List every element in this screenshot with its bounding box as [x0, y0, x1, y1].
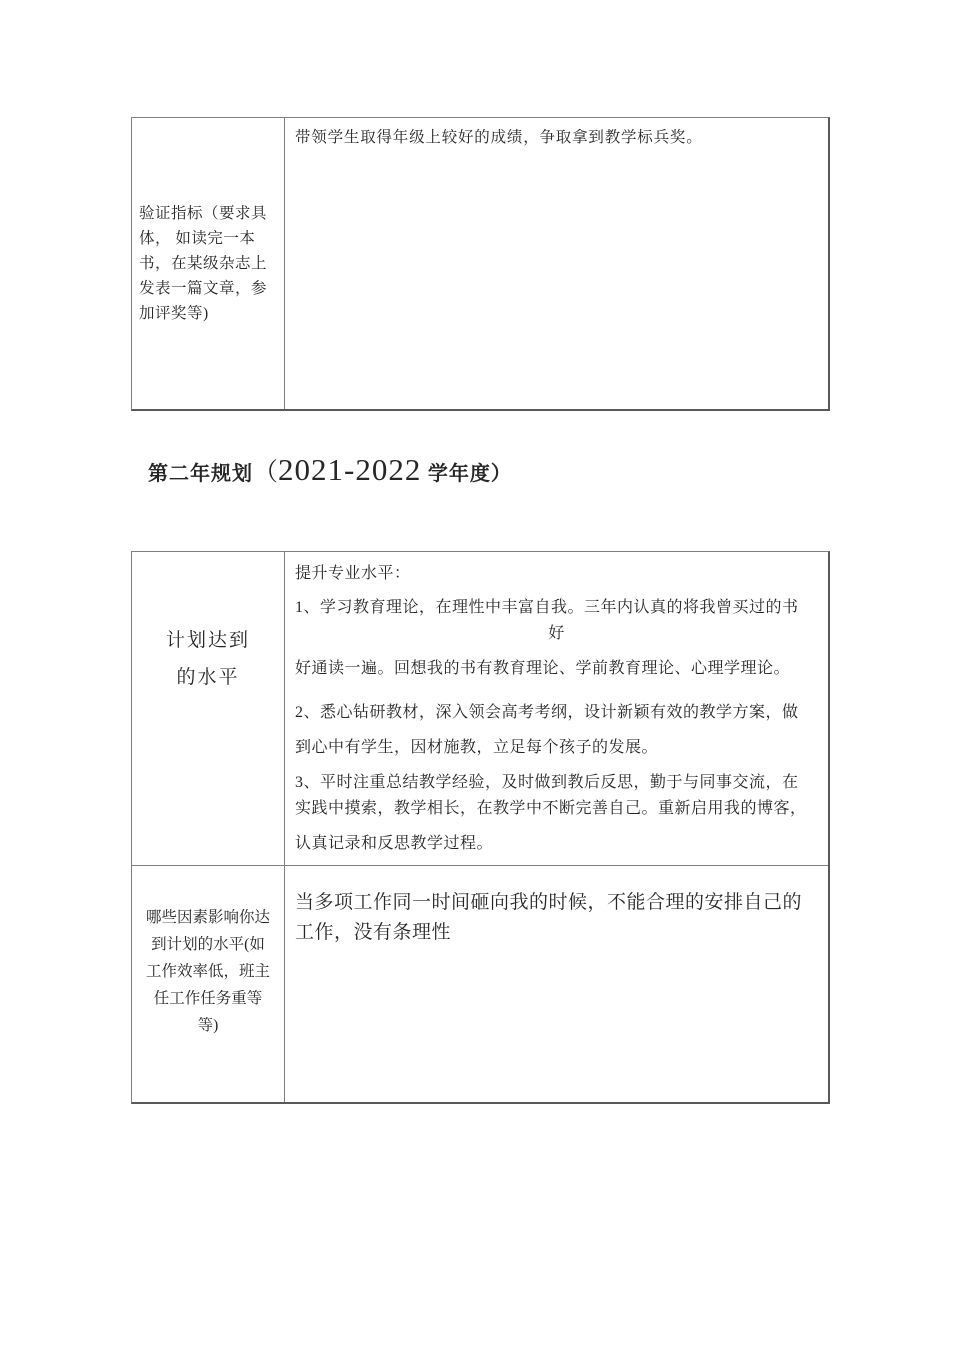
influencing-factors-content-cell: 当多项工作同一时间砸向我的时候，不能合理的安排自己的工作，没有条理性: [285, 866, 828, 1102]
influencing-factors-content-text: 当多项工作同一时间砸向我的时候，不能合理的安排自己的工作，没有条理性: [295, 892, 802, 943]
heading-suffix: 学年度）: [421, 457, 512, 486]
text-line: 到心中有学生，因材施教，立足每个孩子的发展。: [295, 735, 818, 761]
text-line: 计划达到: [132, 622, 284, 659]
heading-prefix: 第二年规划: [148, 457, 253, 486]
text-line: 2、悉心钻研教材，深入领会高考考纲，设计新颖有效的教学方案，做: [295, 700, 818, 726]
text-line: 认真记录和反思教学过程。: [295, 831, 818, 857]
verification-indicators-content-cell: 带领学生取得年级上较好的成绩，争取拿到教学标兵奖。: [285, 118, 828, 409]
verification-indicators-table: 验证指标（要求具体， 如读完一本书，在某级杂志上发表一篇文章，参加评奖等) 带领…: [131, 117, 830, 411]
verification-indicators-content-text: 带领学生取得年级上较好的成绩，争取拿到教学标兵奖。: [295, 129, 703, 146]
text-line: 书，在某级杂志上: [139, 251, 280, 276]
planned-level-content-cell: 提升专业水平：1、学习教育理论，在理性中丰富自我。三年内认真的将我曾买过的书好好…: [285, 552, 828, 865]
influencing-factors-label-cell: 哪些因素影响你达到计划的水平(如工作效率低，班主任工作任务重等等): [132, 866, 285, 1102]
text-line: 验证指标（要求具: [139, 201, 280, 226]
section-heading-year2-plan: 第二年规划 （ 2021-2022 学年度）: [148, 452, 512, 498]
text-line: 3、平时注重总结教学经验，及时做到教后反思，勤于与同事交流，在: [295, 770, 818, 796]
text-line: 加评奖等): [139, 301, 280, 326]
influencing-factors-row: 哪些因素影响你达到计划的水平(如工作效率低，班主任工作任务重等等) 当多项工作同…: [132, 865, 828, 1102]
text-line: 任工作任务重等: [136, 985, 280, 1012]
heading-paren-open: （: [253, 452, 278, 488]
text-line: 的水平: [132, 659, 284, 696]
heading-years: 2021-2022: [278, 452, 421, 488]
text-line: 等): [136, 1012, 280, 1039]
table-row: 验证指标（要求具体， 如读完一本书，在某级杂志上发表一篇文章，参加评奖等) 带领…: [132, 118, 828, 409]
text-line: 发表一篇文章，参: [139, 276, 280, 301]
planned-level-row: 计划达到的水平 提升专业水平：1、学习教育理论，在理性中丰富自我。三年内认真的将…: [132, 552, 828, 865]
text-line: 哪些因素影响你达: [136, 904, 280, 931]
verification-indicators-label-cell: 验证指标（要求具体， 如读完一本书，在某级杂志上发表一篇文章，参加评奖等): [132, 118, 285, 409]
text-line: 1、学习教育理论，在理性中丰富自我。三年内认真的将我曾买过的书: [295, 595, 818, 621]
planned-level-label-cell: 计划达到的水平: [132, 552, 285, 865]
text-line: 工作效率低，班主: [136, 958, 280, 985]
document-page: { "page": { "background": "#ffffff", "te…: [0, 0, 960, 1357]
text-line: 到计划的水平(如: [136, 931, 280, 958]
text-line: 实践中摸索，教学相长，在教学中不断完善自己。重新启用我的博客，: [295, 796, 818, 822]
text-line: 提升专业水平：: [295, 561, 818, 587]
text-line: 好: [295, 621, 818, 647]
text-line: 好通读一遍。回想我的书有教育理论、学前教育理论、心理学理论。: [295, 656, 818, 682]
text-line: 体， 如读完一本: [139, 226, 280, 251]
year2-plan-table: 计划达到的水平 提升专业水平：1、学习教育理论，在理性中丰富自我。三年内认真的将…: [131, 551, 830, 1104]
